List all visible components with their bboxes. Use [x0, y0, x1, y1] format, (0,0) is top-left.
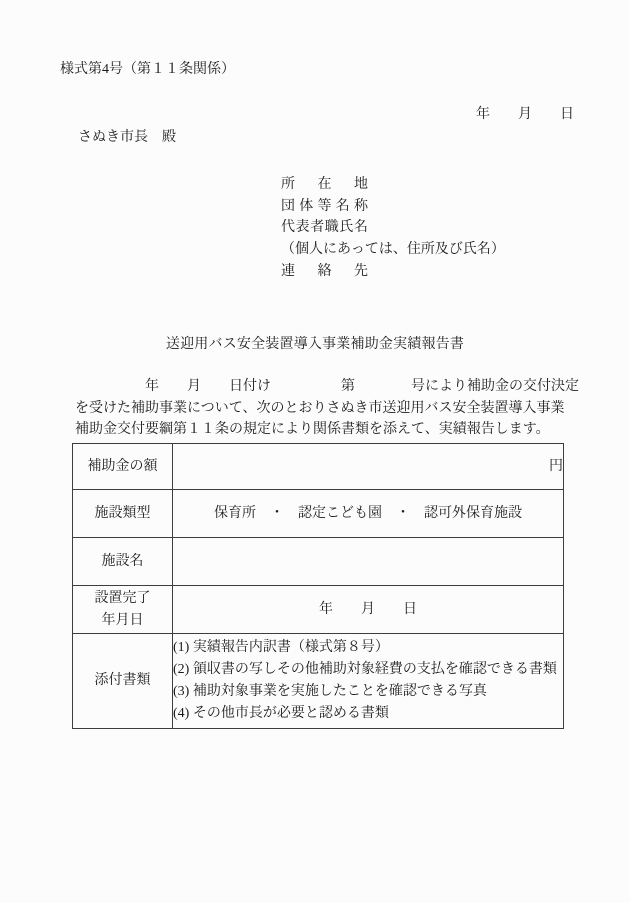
- sender-address-label: 所在地: [281, 174, 368, 196]
- table-row-completion-date: 設置完了 年月日 年 月 日: [73, 586, 564, 634]
- facility-name-label: 施設名: [73, 538, 173, 586]
- attachment-item-3: (3) 補助対象事業を実施したことを確認できる写真: [173, 681, 563, 703]
- sender-representative-label: 代表者職氏名: [281, 217, 368, 239]
- form-number: 様式第4号（第１１条関係）: [60, 59, 235, 81]
- table-row-facility-type: 施設類型 保育所 ・ 認定こども園 ・ 認可外保育施設: [73, 490, 564, 538]
- subsidy-amount-label: 補助金の額: [73, 444, 173, 490]
- facility-type-options: 保育所 ・ 認定こども園 ・ 認可外保育施設: [173, 490, 564, 538]
- attachments-label: 添付書類: [73, 634, 173, 729]
- completion-date-label: 設置完了 年月日: [73, 586, 173, 634]
- paragraph-line-2: を受けた補助事業について、次のとおりさぬき市送迎用バス安全装置導入事業: [75, 398, 579, 420]
- attachment-item-4: (4) その他市長が必要と認める書類: [173, 703, 563, 725]
- attachment-item-2: (2) 領収書の写しその他補助対象経費の支払を確認できる書類: [173, 659, 563, 681]
- body-paragraph: 年 月 日付け 第 号により補助金の交付決定 を受けた補助事業について、次のとお…: [75, 376, 579, 441]
- table-row-subsidy-amount: 補助金の額 円: [73, 444, 564, 490]
- document-title: 送迎用バス安全装置導入事業補助金実績報告書: [0, 334, 630, 356]
- document-page: 様式第4号（第１１条関係） 年 月 日 さぬき市長 殿 所在地 団体等名称 代表…: [0, 0, 630, 903]
- facility-name-value-cell: [173, 538, 564, 586]
- completion-date-label-line2: 年月日: [73, 610, 172, 632]
- attachment-item-1: (1) 実績報告内訳書（様式第８号）: [173, 637, 563, 659]
- attachments-list-cell: (1) 実績報告内訳書（様式第８号） (2) 領収書の写しその他補助対象経費の支…: [173, 634, 564, 729]
- sender-contact-label: 連絡先: [281, 261, 368, 283]
- subsidy-report-table: 補助金の額 円 施設類型 保育所 ・ 認定こども園 ・ 認可外保育施設 施設名 …: [72, 443, 564, 729]
- table-row-attachments: 添付書類 (1) 実績報告内訳書（様式第８号） (2) 領収書の写しその他補助対…: [73, 634, 564, 729]
- addressee-mayor: さぬき市長 殿: [78, 127, 176, 149]
- sender-individual-note: （個人にあっては、住所及び氏名）: [281, 239, 505, 261]
- sender-organization-label: 団体等名称: [281, 196, 368, 218]
- facility-type-label: 施設類型: [73, 490, 173, 538]
- paragraph-line-3: 補助金交付要綱第１１条の規定により関係書類を添えて、実績報告します。: [75, 419, 579, 441]
- subsidy-amount-value-cell: 円: [173, 444, 564, 490]
- date-line: 年 月 日: [0, 104, 630, 126]
- sender-block: 所在地 団体等名称 代表者職氏名 （個人にあっては、住所及び氏名） 連絡先: [281, 174, 505, 283]
- paragraph-line-1: 年 月 日付け 第 号により補助金の交付決定: [75, 376, 579, 398]
- completion-date-label-line1: 設置完了: [73, 588, 172, 610]
- completion-date-value-cell: 年 月 日: [173, 586, 564, 634]
- table-row-facility-name: 施設名: [73, 538, 564, 586]
